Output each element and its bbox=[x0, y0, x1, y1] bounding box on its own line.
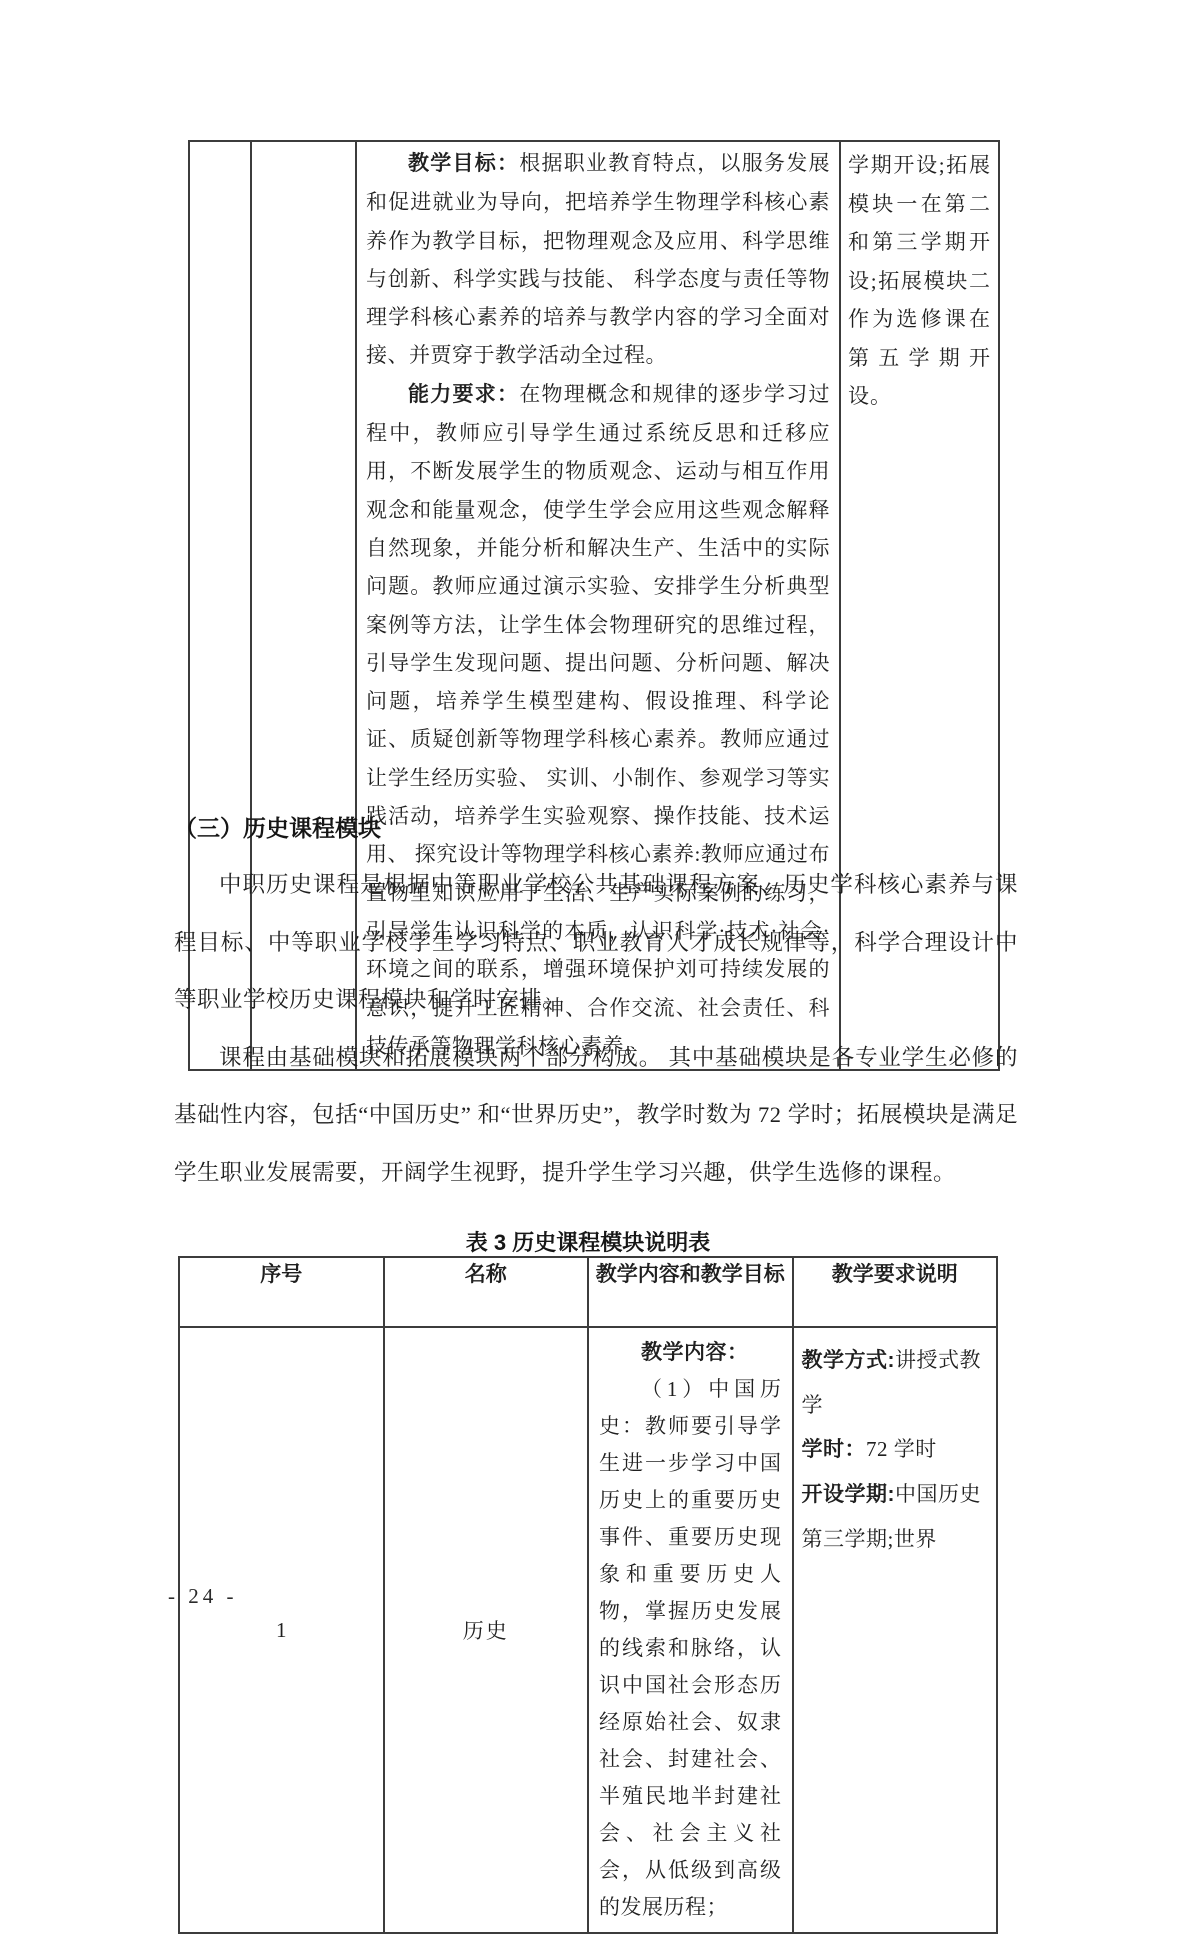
teaching-method-item: 教学方式:讲授式教学 bbox=[802, 1338, 989, 1427]
table-header-row: 序号 名称 教学内容和教学目标 教学要求说明 bbox=[179, 1257, 997, 1327]
teaching-content-label-line: 教学内容： bbox=[599, 1334, 782, 1371]
header-content: 教学内容和教学目标 bbox=[588, 1257, 793, 1327]
history-name-cell: 历史 bbox=[384, 1327, 589, 1933]
teaching-goals-text: 根据职业教育特点，以服务发展和促进就业为导向，把培养学生物理学科核心素养作为教学… bbox=[366, 151, 830, 367]
teaching-content-text: （1）中国历史：教师要引导学生进一步学习中国历史上的重要历史事件、重要历史现象和… bbox=[599, 1371, 782, 1926]
ability-requirements-label: 能力要求： bbox=[408, 383, 519, 406]
table3-caption: 表 3 历史课程模块说明表 bbox=[178, 1226, 998, 1257]
history-content-cell: 教学内容： （1）中国历史：教师要引导学生进一步学习中国历史上的重要历史事件、重… bbox=[588, 1327, 793, 1933]
section-heading: （三）历史课程模块 bbox=[174, 810, 381, 843]
teaching-goals-paragraph: 教学目标：根据职业教育特点，以服务发展和促进就业为导向，把培养学生物理学科核心素… bbox=[366, 144, 830, 375]
teaching-goals-label: 教学目标： bbox=[408, 152, 519, 175]
class-hours-value: 72 学时 bbox=[866, 1437, 937, 1461]
history-module-table: 序号 名称 教学内容和教学目标 教学要求说明 1 历史 教学内容： （1）中国历… bbox=[178, 1256, 998, 1934]
page-number: - 24 - bbox=[168, 1584, 238, 1609]
history-seq-cell: 1 bbox=[179, 1327, 384, 1933]
semester-label: 开设学期: bbox=[802, 1483, 896, 1506]
header-seq: 序号 bbox=[179, 1257, 384, 1327]
semester-item: 开设学期:中国历史第三学期;世界 bbox=[802, 1472, 989, 1561]
table-row: 1 历史 教学内容： （1）中国历史：教师要引导学生进一步学习中国历史上的重要历… bbox=[179, 1327, 997, 1933]
teaching-content-label: 教学内容： bbox=[641, 1341, 749, 1364]
header-requirements: 教学要求说明 bbox=[793, 1257, 998, 1327]
section-body: 中职历史课程是根据中等职业学校公共基础课程方案、历史学科核心素养与课程目标、中等… bbox=[174, 856, 1018, 1201]
intro-paragraph-1: 中职历史课程是根据中等职业学校公共基础课程方案、历史学科核心素养与课程目标、中等… bbox=[174, 856, 1018, 1029]
class-hours-item: 学时：72 学时 bbox=[802, 1427, 989, 1472]
class-hours-label: 学时： bbox=[802, 1438, 867, 1461]
document-page: 教学目标：根据职业教育特点，以服务发展和促进就业为导向，把培养学生物理学科核心素… bbox=[0, 0, 1191, 1684]
intro-paragraph-2: 课程由基础模块和拓展模块两个部分构成。 其中基础模块是各专业学生必修的基础性内容… bbox=[174, 1029, 1018, 1202]
teaching-method-label: 教学方式: bbox=[802, 1349, 896, 1372]
history-requirements-cell: 教学方式:讲授式教学 学时：72 学时 开设学期:中国历史第三学期;世界 bbox=[793, 1327, 998, 1933]
header-name: 名称 bbox=[384, 1257, 589, 1327]
